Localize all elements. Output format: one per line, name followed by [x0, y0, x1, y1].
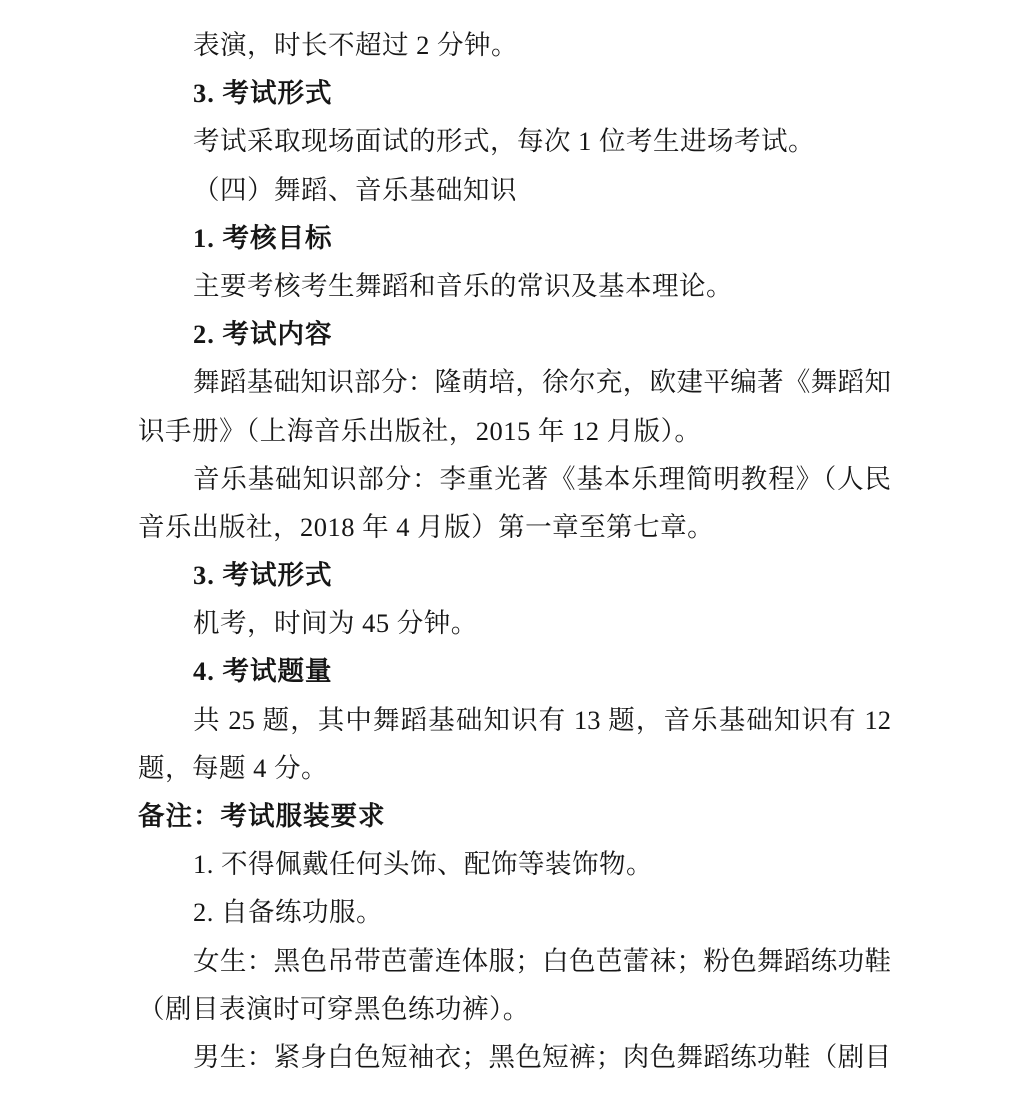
text-line: 主要考核考生舞蹈和音乐的常识及基本理论。 — [138, 262, 891, 310]
text-line: 1. 不得佩戴任何头饰、配饰等装饰物。 — [138, 840, 891, 888]
text-line: 考试采取现场面试的形式，每次 1 位考生进场考试。 — [138, 117, 891, 165]
text-line: 2. 考试内容 — [138, 310, 891, 358]
document-body: 表演，时长不超过 2 分钟。3. 考试形式考试采取现场面试的形式，每次 1 位考… — [138, 21, 891, 1081]
text-line: （四）舞蹈、音乐基础知识 — [138, 166, 891, 214]
text-line: 题，每题 4 分。 — [138, 744, 891, 792]
text-line: 女生：黑色吊带芭蕾连体服；白色芭蕾袜；粉色舞蹈练功鞋 — [138, 937, 891, 985]
text-line: （剧目表演时可穿黑色练功裤）。 — [138, 985, 891, 1033]
text-line: 音乐出版社，2018 年 4 月版）第一章至第七章。 — [138, 503, 891, 551]
text-line: 共 25 题，其中舞蹈基础知识有 13 题，音乐基础知识有 12 — [138, 696, 891, 744]
text-line: 舞蹈基础知识部分：隆萌培，徐尔充，欧建平编著《舞蹈知 — [138, 358, 891, 406]
text-line: 机考，时间为 45 分钟。 — [138, 599, 891, 647]
text-line: 1. 考核目标 — [138, 214, 891, 262]
text-line: 表演，时长不超过 2 分钟。 — [138, 21, 891, 69]
text-line: 2. 自备练功服。 — [138, 888, 891, 936]
text-line: 识手册》（上海音乐出版社，2015 年 12 月版）。 — [138, 407, 891, 455]
text-line: 备注：考试服装要求 — [138, 792, 891, 840]
text-line: 4. 考试题量 — [138, 647, 891, 695]
text-line: 3. 考试形式 — [138, 69, 891, 117]
document-page: 表演，时长不超过 2 分钟。3. 考试形式考试采取现场面试的形式，每次 1 位考… — [0, 0, 1024, 1104]
text-line: 3. 考试形式 — [138, 551, 891, 599]
text-line: 男生：紧身白色短袖衣；黑色短裤；肉色舞蹈练功鞋（剧目 — [138, 1033, 891, 1081]
text-line: 音乐基础知识部分：李重光著《基本乐理简明教程》（人民 — [138, 455, 891, 503]
